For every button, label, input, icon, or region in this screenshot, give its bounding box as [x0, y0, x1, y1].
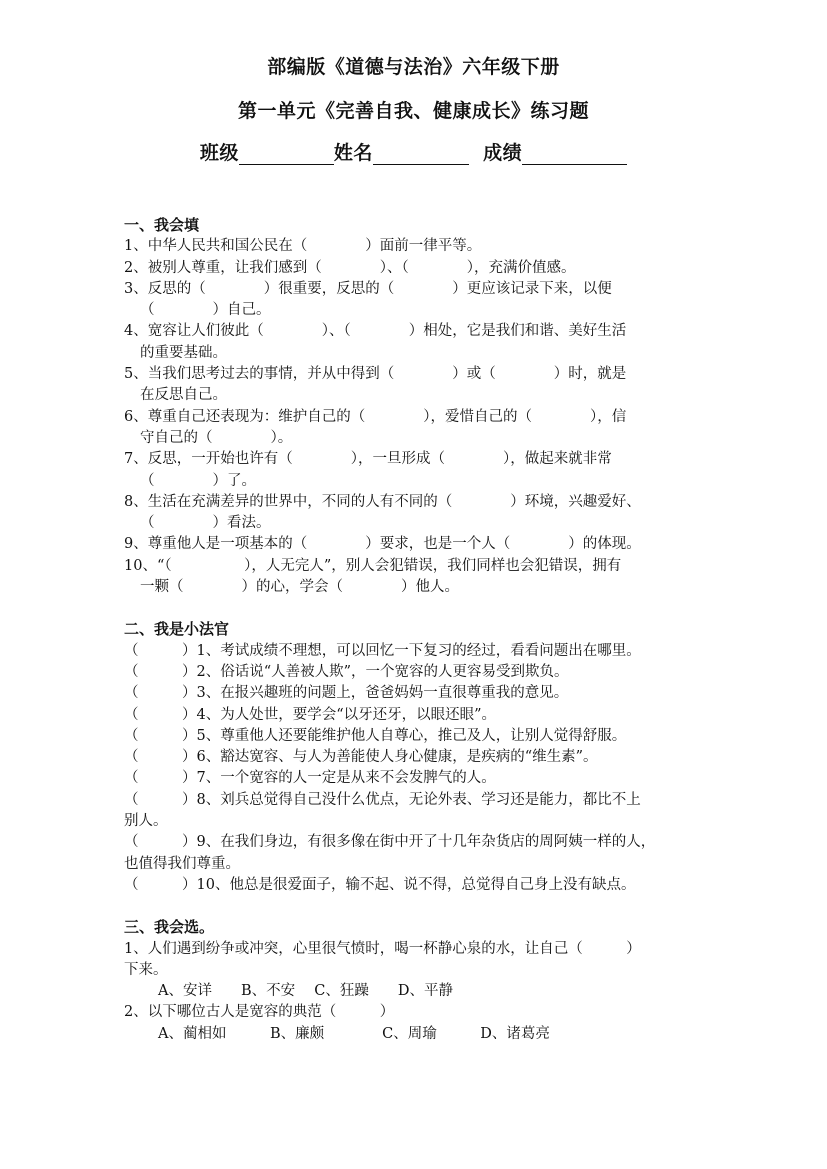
fill-q6: 6、尊重自己还表现为：维护自己的（ ），爱惜自己的（ ），信 [124, 407, 704, 428]
section-heading-fill: 一、我会填 [124, 215, 704, 236]
fill-q7: 7、反思，一开始也许有（ ），一旦形成（ ），做起来就非常 [124, 449, 704, 470]
judge-q8-cont: 别人。 [124, 811, 704, 832]
choice-q1: 1、人们遇到纷争或冲突，心里很气愤时，喝一杯静心泉的水，让自己（ ） [124, 939, 704, 960]
fill-q6-cont: 守自己的（ ）。 [124, 428, 704, 449]
judge-q6: （ ）6、豁达宽容、与人为善能使人身心健康，是疾病的“维生素”。 [124, 747, 704, 768]
class-blank[interactable] [239, 144, 334, 165]
fill-q8-cont: （ ）看法。 [124, 513, 704, 534]
choice-q1-options: A、安详 B、不安 C、狂躁 D、平静 [124, 981, 704, 1002]
judge-q10: （ ）10、他总是很爱面子，输不起、说不得，总觉得自己身上没有缺点。 [124, 875, 704, 896]
worksheet-body: 一、我会填 1、中华人民共和国公民在（ ）面前一律平等。 2、被别人尊重，让我们… [124, 215, 704, 1045]
judge-q9-cont: 也值得我们尊重。 [124, 854, 704, 875]
section-heading-judge: 二、我是小法官 [124, 619, 704, 640]
fill-q2: 2、被别人尊重，让我们感到（ ）、（ ），充满价值感。 [124, 258, 704, 279]
fill-q1: 1、中华人民共和国公民在（ ）面前一律平等。 [124, 236, 704, 257]
judge-q3: （ ）3、在报兴趣班的问题上，爸爸妈妈一直很尊重我的意见。 [124, 683, 704, 704]
worksheet-title: 部编版《道德与法治》六年级下册 [0, 52, 827, 79]
fill-q10-cont: 一颗（ ）的心，学会（ ）他人。 [124, 577, 704, 598]
section-heading-choice: 三、我会选。 [124, 917, 704, 938]
fill-q5-cont: 在反思自己。 [124, 385, 704, 406]
spacer [124, 896, 704, 917]
choice-q1-cont: 下来。 [124, 960, 704, 981]
student-info-line: 班级姓名 成绩 [0, 138, 827, 165]
fill-q4: 4、宽容让人们彼此（ ）、（ ）相处，它是我们和谐、美好生活 [124, 321, 704, 342]
fill-q4-cont: 的重要基础。 [124, 343, 704, 364]
worksheet-page: 部编版《道德与法治》六年级下册 第一单元《完善自我、健康成长》练习题 班级姓名 … [0, 0, 827, 1169]
judge-q9: （ ）9、在我们身边，有很多像在街中开了十几年杂货店的周阿姨一样的人， [124, 832, 704, 853]
judge-q7: （ ）7、一个宽容的人一定是从来不会发脾气的人。 [124, 768, 704, 789]
judge-q5: （ ）5、尊重他人还要能维护他人自尊心，推己及人，让别人觉得舒服。 [124, 726, 704, 747]
judge-q4: （ ）4、为人处世，要学会“以牙还牙，以眼还眼”。 [124, 705, 704, 726]
name-blank[interactable] [373, 144, 469, 165]
score-label: 成绩 [483, 142, 522, 164]
judge-q8: （ ）8、刘兵总觉得自己没什么优点，无论外表、学习还是能力，都比不上 [124, 790, 704, 811]
fill-q3: 3、反思的（ ）很重要，反思的（ ）更应该记录下来，以便 [124, 279, 704, 300]
name-label: 姓名 [334, 142, 373, 164]
choice-q2-options: A、蔺相如 B、廉颇 C、周瑜 D、诸葛亮 [124, 1024, 704, 1045]
fill-q8: 8、生活在充满差异的世界中，不同的人有不同的（ ）环境，兴趣爱好、 [124, 492, 704, 513]
spacer [124, 598, 704, 619]
worksheet-subtitle: 第一单元《完善自我、健康成长》练习题 [0, 96, 827, 123]
score-blank[interactable] [522, 144, 627, 165]
fill-q10: 10、“（ ），人无完人”，别人会犯错误，我们同样也会犯错误，拥有 [124, 556, 704, 577]
fill-q7-cont: （ ）了。 [124, 471, 704, 492]
fill-q3-cont: （ ）自己。 [124, 300, 704, 321]
fill-q5: 5、当我们思考过去的事情，并从中得到（ ）或（ ）时，就是 [124, 364, 704, 385]
judge-q1: （ ）1、考试成绩不理想，可以回忆一下复习的经过，看看问题出在哪里。 [124, 641, 704, 662]
fill-q9: 9、尊重他人是一项基本的（ ）要求，也是一个人（ ）的体现。 [124, 534, 704, 555]
class-label: 班级 [200, 142, 239, 164]
choice-q2: 2、以下哪位古人是宽容的典范（ ） [124, 1002, 704, 1023]
judge-q2: （ ）2、俗话说“人善被人欺”，一个宽容的人更容易受到欺负。 [124, 662, 704, 683]
